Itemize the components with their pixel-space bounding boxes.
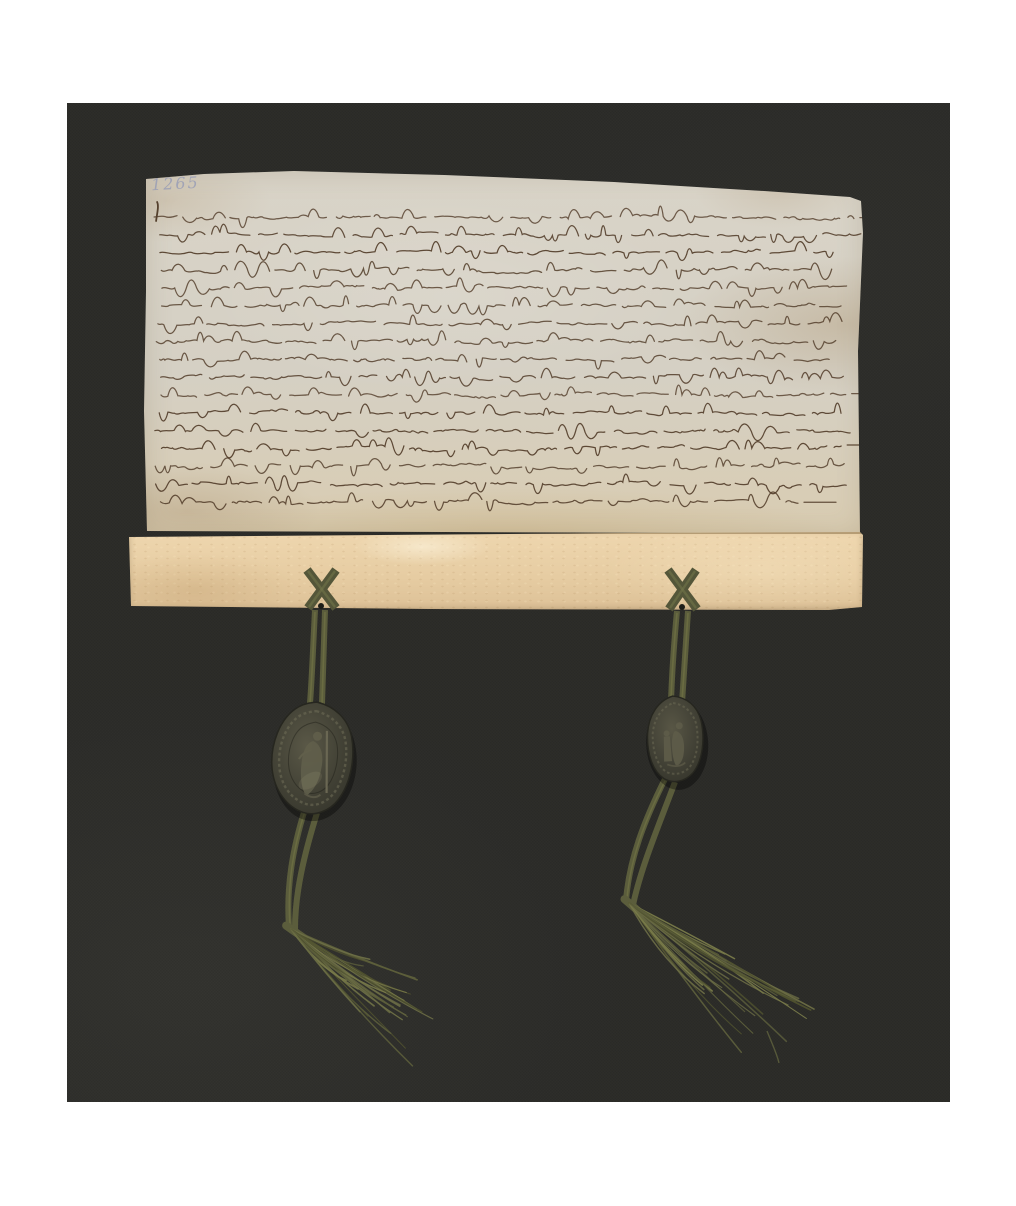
left-tassel xyxy=(286,926,433,1066)
photo-mat: 1265 xyxy=(67,103,950,1102)
right-seal xyxy=(644,694,711,791)
left-seal xyxy=(268,699,361,824)
cords-and-seals xyxy=(67,103,950,1102)
right-cord xyxy=(624,570,814,1063)
right-tassel xyxy=(624,899,814,1052)
